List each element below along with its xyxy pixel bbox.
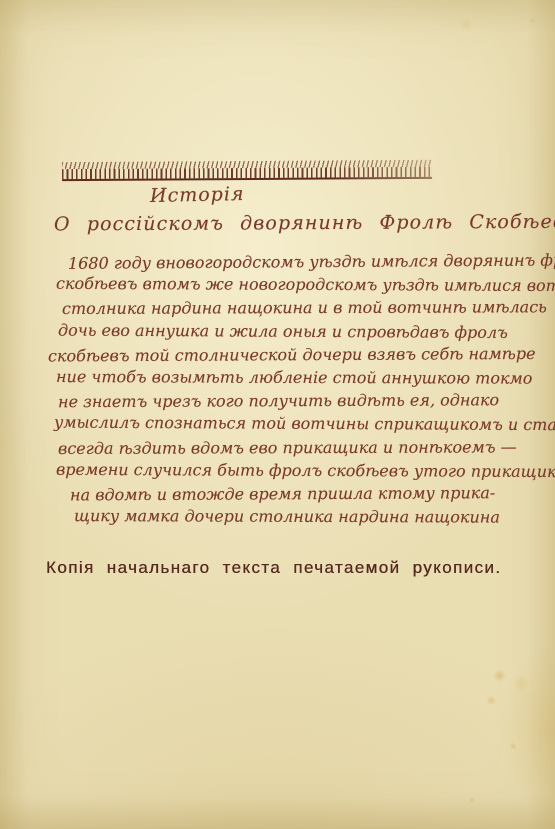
manuscript-line: скобѣевъ втомъ же новогородскомъ уѣздѣ и… xyxy=(56,272,555,298)
headband-ornament-icon xyxy=(62,160,432,181)
manuscript-line: ние чтобъ возымѣть любленіе стой аннушко… xyxy=(56,365,555,390)
manuscript-line: 1680 году вновогородскомъ уѣздѣ имѣлся д… xyxy=(68,248,555,275)
manuscript-subheading: О россійскомъ дворянинѣ Фролѣ Скобѣевѣ.. xyxy=(54,211,555,236)
manuscript-line: щику мамка дочери столника нардина нащок… xyxy=(74,504,555,529)
manuscript-heading: Исторія xyxy=(150,183,245,207)
manuscript-page: Исторія О россійскомъ дворянинѣ Фролѣ Ск… xyxy=(0,0,555,829)
ornament-fade-overlay xyxy=(62,160,432,181)
plate-caption: Копія начальнаго текста печатаемой рукоп… xyxy=(46,558,516,578)
manuscript-line: не знаетъ чрезъ кого получить видѣть ея,… xyxy=(58,388,555,414)
manuscript-line: столника нардина нащокина и в той вотчин… xyxy=(62,295,555,320)
manuscript-line: на вдомѣ и втожде время пришла ктому при… xyxy=(70,481,555,507)
manuscript-line: скобѣевъ той столнической дочери взявъ с… xyxy=(48,341,555,367)
manuscript-line: всегда ѣздить вдомъ ево прикащика и понѣ… xyxy=(58,435,555,460)
manuscript-line: дочь ево аннушка и жила оныя и спровѣдав… xyxy=(58,318,555,344)
manuscript-line: времени случился быть фролъ скобѣевъ уто… xyxy=(56,458,555,484)
manuscript-body: 1680 году вновогородскомъ уѣздѣ имѣлся д… xyxy=(48,250,555,528)
manuscript-line: умыслилъ спознаться той вотчины сприкащи… xyxy=(54,411,555,437)
